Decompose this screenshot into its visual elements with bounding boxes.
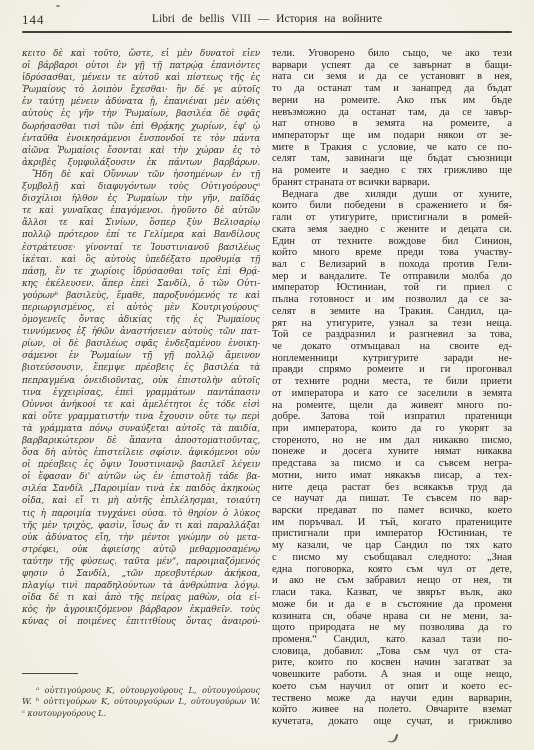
greek-text-line: ρίων, οἱ δὲ βασιλέως σφᾶς ἐνδεξαμένου ἐν… <box>22 338 260 350</box>
greek-text-line: σάμενοι ἐν Ῥωμαίων τῇ γῇ πολλῷ ἄμεινον <box>22 350 260 362</box>
bulgarian-text-line: варвари успеят да се завърнат в бащи- <box>272 60 512 72</box>
bulgarian-text-line: от техните родни места, те били приети <box>272 376 512 388</box>
bulgarian-text-line: от императора и като се заселили в земят… <box>272 388 512 400</box>
greek-text-line: ἀκριβὲς ξυμφυλάξουσιν ἐκ πάντων βαρβάρων… <box>22 157 260 169</box>
bulgarian-text-line: ните деца растат без всякакъв труд да <box>272 482 512 494</box>
bulgarian-text-line: правди спрямо ромеите и ги прогонвал <box>272 364 512 376</box>
greek-text-line: σιλέα Σανδίλ „Παροιμίαν τινὰ ἐκ παιδὸς ἀ… <box>22 483 260 495</box>
bulgarian-text-line: Веднага две хиляди души от хуните, <box>272 189 512 201</box>
bulgarian-text-line: и ако не съм забравил нещо от нея, тя <box>272 575 512 587</box>
bulgarian-text-line: император Юстиниан, той ги приел с <box>272 282 512 294</box>
greek-text-line: ἱκέται. καὶ ὃς αὐτοὺς ὑπεδέξατο προθυμίᾳ… <box>22 254 260 266</box>
bulgarian-text-line: селят в земите на Тракия. Сандил, ца- <box>272 306 512 318</box>
greek-text-line: ὁμογενεῖς ὄντας ἀδικίας τῆς ἐς Ῥωμαίους <box>22 314 260 326</box>
greek-text-line: ἐνταῦθα ἐνοικησάμενοι ἔνσπονδοί τε τὸν π… <box>22 133 260 145</box>
bulgarian-text-line: човешките работи. А зная и още нещо, <box>272 669 512 681</box>
bulgarian-text-line: мотни, нито имат някакъв писар, а тех- <box>272 470 512 482</box>
greek-text-line: στρέφει, οὐκ ἀφιείσης αὐτῷ μεθαρμοσαμένῳ <box>22 544 260 556</box>
greek-text-line: πλαγίῳ τινὶ παραδηλούντων τὰ ἀνθρώπινα λ… <box>22 580 260 592</box>
greek-text-line: οὐκ ἀδύνατος εἴη, τὴν μέντοι γνώμην οὐ μ… <box>22 532 260 544</box>
greek-text-line: οἱ βάρβαροι οὗτοι ἐν γῇ τῇ πατρῴᾳ ἐπανιό… <box>22 60 260 72</box>
greek-text-line: ἐν ταύτῃ μένειν ἀδύνατα ᾖ, ἐπανιέναι μὲν… <box>22 96 260 108</box>
bulgarian-text-line: варски предават по памет всичко, което <box>272 505 512 517</box>
greek-text-line: τε καὶ γυναῖκας ἐπαγόμενοι. ἡγοῦντο δὲ α… <box>22 205 260 217</box>
bulgarian-text-line: невъзможно да останат там, да се завър- <box>272 107 512 119</box>
greek-text-line: τινα ἐγχειρίσας, ἐπεὶ γραμμάτων παντάπασ… <box>22 387 260 399</box>
critical-apparatus-footnotes: ᵃ οὐττιγούρους K, οὐτουργούρους L, οὐτου… <box>22 685 260 720</box>
greek-text-line: κης ἐκέλευσεν. ἅπερ ἐπεὶ Σανδίλ, ὁ τῶν Ο… <box>22 278 260 290</box>
greek-text-line: ἄλλοι τε καὶ Σινίων, ὅσπερ ξὺν Βελισαρίῳ <box>22 217 260 229</box>
greek-text-line: ἱδρύσασθαι, μένειν τε αὐτοῦ καὶ πίστεως … <box>22 72 260 84</box>
bulgarian-text-line: че докато отмъщавал на своите ед- <box>272 341 512 353</box>
column-gutter <box>260 48 272 728</box>
footnote-rule <box>22 673 78 674</box>
greek-text-line: τὰ γράμματα πόνῳ συναύξεται αὐτοῖς τὰ πα… <box>22 423 260 435</box>
bulgarian-text-line: щото природата не му позволява да го <box>272 622 512 634</box>
bulgarian-text-line: с писмо му съобщавал следното: „Зная <box>272 552 512 564</box>
greek-text-line: ταύτην τῆς φύσεως. ταῦτα μέν“, παροιμιαζ… <box>22 556 260 568</box>
greek-text-line: Οὖννοι ἀνήκοοί τε καὶ ἀμελέτητοι ἐς τόδε… <box>22 399 260 411</box>
page-header: 144 Libri de bellis VIII — История на во… <box>22 12 512 27</box>
bulgarian-text-line: представа за писмо и са съвсем негра- <box>272 458 512 470</box>
greek-text-line: οἱ πρέσβεις ἐς ὄψιν Ἰουστινιανῷ βασιλεῖ … <box>22 459 260 471</box>
bulgarian-text-column: тели. Уговорено било също, че ако тезива… <box>272 48 512 728</box>
greek-text-line: αἰῶνα Ῥωμαίοις ἔσονται καὶ τὴν χώραν ἐς … <box>22 145 260 157</box>
greek-text-line: οἶδα, καὶ εἴ τι μὴ αὐτῆς ἐπιλέλησμαι, το… <box>22 495 260 507</box>
greek-text-line: δωρήσασθαι τισὶ τῶν ἐπὶ Θρᾴκης χωρίων, ἐ… <box>22 121 260 133</box>
bulgarian-text-line: Той се раздразнил и разгневил за това, <box>272 329 512 341</box>
greek-text-line: τῆς μὲν τριχὸς, φασὶν, ἴσως ἄν τι καὶ πα… <box>22 520 260 532</box>
running-title: Libri de bellis VIII — История на войнит… <box>22 13 512 25</box>
bulgarian-text-line: който живее на полето. Овчарите вземат <box>272 704 512 716</box>
greek-text-line: τιννύμενος ἐξ ἠθῶν ἀναστήσειεν αὐτοὺς τῶ… <box>22 326 260 338</box>
bulgarian-text-line: тели. Уговорено било също, че ако тези <box>272 48 512 60</box>
bulgarian-text-line: гласи така. Казват, че звярът вълк, ако <box>272 587 512 599</box>
bulgarian-text-line: рят на утигурите, узнал за тези неща. <box>272 318 512 330</box>
greek-text-line: κὸς ἦν ἀγροικιζόμενον βάρβαρον ἐκμαθεῖν.… <box>22 604 260 616</box>
greek-text-line: κύνας οἱ ποιμένες ἐπιτιτθίους ὄντας ἀναι… <box>22 616 260 628</box>
greek-text-line: βαρβαρικώτερον δὲ ἅπαντα ἀποστοματιοῦντα… <box>22 435 260 447</box>
two-column-text: κειτο δὲ καὶ τοῦτο, ὥστε, εἰ μὲν δυνατοὶ… <box>22 48 512 728</box>
bulgarian-text-line: променя.“ Сандил, като казал тази по- <box>272 634 512 646</box>
header-rule <box>22 31 512 33</box>
bulgarian-text-line: който много време преди това участву- <box>272 247 512 259</box>
bulgarian-text-line: добре. Затова той изпратил пратеници <box>272 411 512 423</box>
bulgarian-text-line: Един от техните вождове бил Синион, <box>272 236 512 248</box>
bulgarian-text-line: им поръчвал. И тъй, когато пратениците <box>272 517 512 529</box>
greek-text-line: οἱ ἔφασαν δι' αὐτῶν ὡς ἐν ἐπιστολῇ τάδε … <box>22 471 260 483</box>
book-page-scan: 144 Libri de bellis VIII — История на во… <box>0 0 534 750</box>
bulgarian-text-line: на ромеите и заедно с тях грижливо ще <box>272 165 512 177</box>
bulgarian-text-line: пълна готовност и им позволил да се за- <box>272 294 512 306</box>
greek-text-line: πεπραγμένα ὀνειδιοῦντας, οὐκ ἐπιστολὴν α… <box>22 375 260 387</box>
bulgarian-text-line: верни на ромеите. Ако пък им бъде <box>272 95 512 107</box>
greek-text-line: κειτο δὲ καὶ τοῦτο, ὥστε, εἰ μὲν δυνατοὶ… <box>22 48 260 60</box>
greek-text-line: τις ἡ παροιμία τυγχάνει οὖσα. τὸ θηρίον … <box>22 508 260 520</box>
bulgarian-text-line: рите, които по косвен начин загатват за <box>272 657 512 669</box>
bulgarian-text-line: то да останат там и занапред да бъдат <box>272 83 512 95</box>
bulgarian-text-line: което съм научил от опит и което ес- <box>272 681 512 693</box>
bulgarian-text-line: ната си земя и да се установят в нея, <box>272 71 512 83</box>
greek-text-line: οἶδα δέ τι καὶ ἀπὸ τῆς πείρας μαθὼν, οἷα… <box>22 592 260 604</box>
bulgarian-text-line: тествено може да научи един варварин, <box>272 693 512 705</box>
footnote-line: ᵃ οὐττιγούρους K, οὐτουργούρους L, οὐτου… <box>22 685 260 697</box>
bulgarian-text-line: кучетата, докато още сучат, и грижливо <box>272 716 512 728</box>
greek-text-line: δισχίλιοι ἦλθον ἐς Ῥωμαίων τὴν γῆν, παῖδ… <box>22 193 260 205</box>
greek-text-line: Ῥωμαίους τὸ λοιπὸν ἔχεσθαι· ἢν δέ γε αὐτ… <box>22 84 260 96</box>
ink-speck <box>56 5 60 7</box>
bulgarian-text-line: нат отново в земята на ромеите, а <box>272 118 512 130</box>
bulgarian-text-line: ноплеменници кутригурите заради не- <box>272 353 512 365</box>
greek-text-line: βιοτεύσουσιν, ἔπεμψε πρέσβεις ἐς βασιλέα… <box>22 362 260 374</box>
bulgarian-text-lines: тели. Уговорено било също, че ако тезива… <box>272 48 512 728</box>
bulgarian-text-line: ската земя заедно с жените и децата си. <box>272 224 512 236</box>
bulgarian-text-line: мер и вандалите. Те отправили молба до <box>272 271 512 283</box>
bulgarian-text-line: бранят страната от всички варвари. <box>272 177 512 189</box>
greek-text-line: αὐτοὺς ἐς γῆν τὴν Ῥωμαίων, βασιλέα δὲ σφ… <box>22 108 260 120</box>
footnote-line: W. ᵇ οὐττιγούρων K, οὐτουργούρων L, οὐτο… <box>22 696 260 708</box>
ink-mark <box>388 732 399 744</box>
bulgarian-text-line: козината си, обаче нрава си не мени, за- <box>272 611 512 623</box>
bulgarian-text-line: пристигнали при император Юстиниан, те <box>272 528 512 540</box>
bulgarian-text-line: които били победени в сражението и бя- <box>272 200 512 212</box>
bulgarian-text-line: императорът ще им подари някои от зе- <box>272 130 512 142</box>
bulgarian-text-line: му казали, че цар Сандил по тях като <box>272 540 512 552</box>
greek-text-line: γούρωνᵇ βασιλεὺς, ἔμαθε, παροξυνόμενός τ… <box>22 290 260 302</box>
greek-text-line: περιωργισμένος, εἰ αὐτὸς μὲν Κουτριγούρο… <box>22 302 260 314</box>
bulgarian-text-line: стореното, но не им дал никакво писмо, <box>272 435 512 447</box>
bulgarian-text-line: една поговорка, която съм чул от дете, <box>272 564 512 576</box>
greek-text-line: καὶ οὔτε γραμματιστήν τινα ἔχουσιν οὔτε … <box>22 411 260 423</box>
greek-text-line: ξυμβολῇ καὶ διαφυγόντων τοὺς Οὐτιγούρους… <box>22 181 260 193</box>
bulgarian-text-line: словица, добавил: „Това съм чул от ста- <box>272 646 512 658</box>
bulgarian-text-line: гали от утигурите, пристигнали в ромей- <box>272 212 512 224</box>
bulgarian-text-line: вал с Велизарий в похода против Гели- <box>272 259 512 271</box>
bulgarian-text-line: може би и да е в състояние да променя <box>272 599 512 611</box>
greek-text-line: ὅσα δὴ αὐτὸς ἐπιστείλειε σφίσιν. ἀφικόμε… <box>22 447 260 459</box>
greek-text-line: φησιν ὁ Σανδίλ, „τῶν πρεσβυτέρων ἀκήκοα, <box>22 568 260 580</box>
greek-text-column: κειτο δὲ καὶ τοῦτο, ὥστε, εἰ μὲν δυνατοὶ… <box>22 48 260 728</box>
footnote-block: ᵃ οὐττιγούρους K, οὐτουργούρους L, οὐτου… <box>22 673 260 720</box>
greek-text-lines: κειτο δὲ καὶ τοῦτο, ὥστε, εἰ μὲν δυνατοὶ… <box>22 48 260 629</box>
greek-text-line: πολλῷ πρότερον ἐπί τε Γελίμερα καὶ Βανδί… <box>22 229 260 241</box>
bulgarian-text-line: селят там, завинаги ще бъдат съюзници <box>272 153 512 165</box>
bulgarian-text-line: на ромеите, щели да живеят много по- <box>272 400 512 412</box>
bulgarian-text-line: при императора, които да го укорят за <box>272 423 512 435</box>
greek-text-line: πάσῃ, ἔν τε χωρίοις ἱδρύσασθαι τοῖς ἐπὶ … <box>22 266 260 278</box>
bulgarian-text-line: мите в Тракия с условие, че като се по- <box>272 142 512 154</box>
bulgarian-text-line: понеже и досега хуните нямат никаква <box>272 446 512 458</box>
footnote-line: ᶜ κουτουργούρους L. <box>22 708 260 720</box>
greek-text-line: Ἤδη δὲ καὶ Οὔννων τῶν ἡσσημένων ἐν τῇ <box>22 169 260 181</box>
greek-text-line: ἐστράτευσε· γίνονταί τε Ἰουστινιανοῦ βασ… <box>22 242 260 254</box>
bulgarian-text-line: се научат да пишат. Те съвсем по вар- <box>272 493 512 505</box>
